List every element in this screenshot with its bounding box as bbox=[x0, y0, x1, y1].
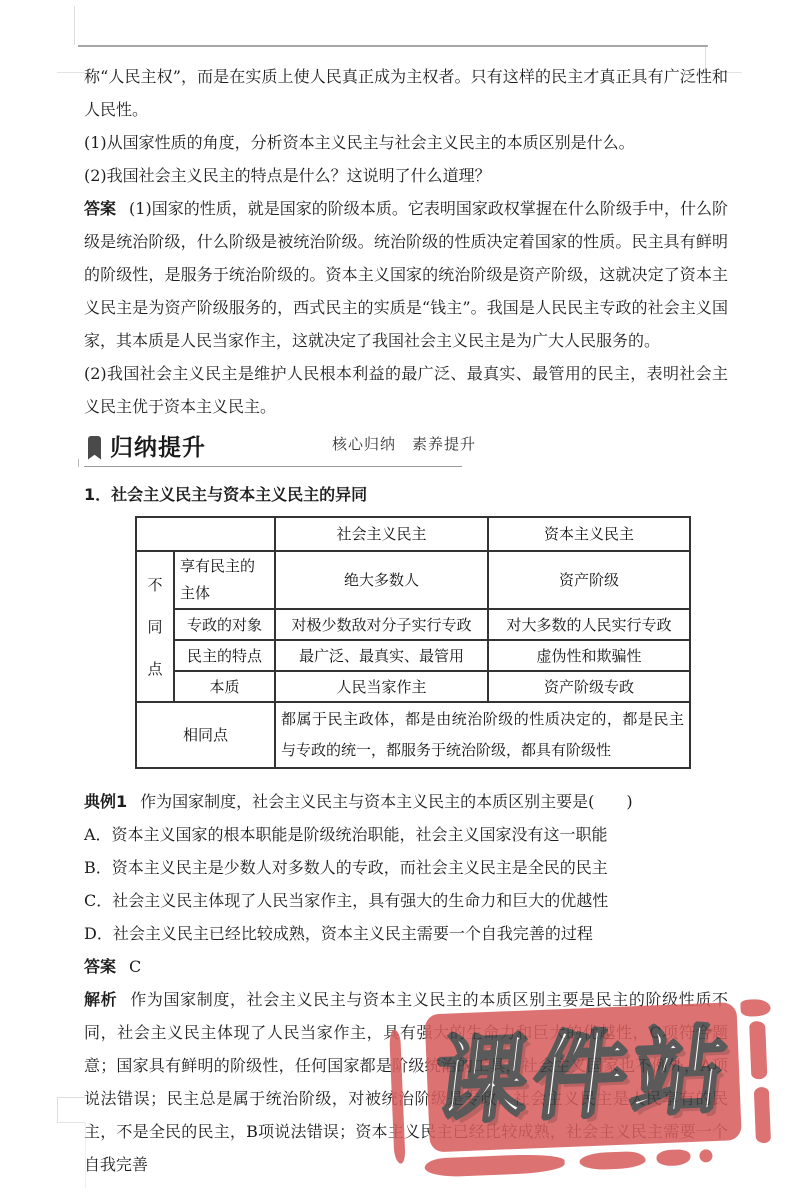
table-cell-socialist: 人民当家作主 bbox=[275, 671, 488, 702]
group-label-same: 相同点 bbox=[136, 702, 275, 768]
answer-line: 答案C bbox=[84, 950, 728, 983]
table-cell-socialist: 绝大多数人 bbox=[275, 551, 488, 609]
answer-paragraph-1: 答案(1)国家的性质，就是国家的阶级本质。它表明国家政权掌握在什么阶级手中，什么… bbox=[84, 192, 728, 357]
page-top-left-corner bbox=[57, 72, 84, 73]
stamp-frame-right bbox=[749, 1021, 767, 1080]
table-row: 不同点 享有民主的主体 绝大多数人 资产阶级 bbox=[136, 551, 690, 609]
bookmark-icon bbox=[88, 436, 101, 460]
table-cell-capitalist: 资产阶级 bbox=[488, 551, 690, 609]
page-break-line bbox=[78, 45, 708, 47]
section-header: 归纳提升 核心归纳 素养提升 bbox=[84, 431, 462, 467]
analysis-text: 作为国家制度，社会主义民主与资本主义民主的本质区别主要是民主的阶级性质不同，社会… bbox=[84, 990, 728, 1174]
table-cell-aspect: 民主的特点 bbox=[174, 640, 275, 671]
question-2: (2)我国社会主义民主的特点是什么？这说明了什么道理？ bbox=[84, 159, 728, 192]
group-label-different: 不同点 bbox=[147, 564, 163, 690]
document-body: 称“人民主权”，而是在实质上使人民真正成为主权者。只有这样的民主才真正具有广泛性… bbox=[84, 60, 728, 1181]
table-group-cell: 不同点 bbox=[136, 551, 174, 702]
option-a: A．资本主义国家的根本职能是阶级统治职能，社会主义国家没有这一职能 bbox=[84, 818, 728, 851]
stamp-frame-right bbox=[754, 1087, 771, 1144]
page-bottom-corner-line bbox=[57, 1097, 58, 1123]
answer-paragraph-2: (2)我国社会主义民主是维护人民根本利益的最广泛、最真实、最管用的民主，表明社会… bbox=[84, 357, 728, 423]
previous-page-left-edge bbox=[74, 6, 75, 45]
stamp-frame-corner bbox=[740, 999, 771, 1017]
table-cell-same-text: 都属于民主政体，都是由统治阶级的性质决定的，都是民主与专政的统一，都服务于统治阶… bbox=[275, 702, 690, 768]
analysis-paragraph: 解析作为国家制度，社会主义民主与资本主义民主的本质区别主要是民主的阶级性质不同，… bbox=[84, 983, 728, 1181]
option-d: D．社会主义民主已经比较成熟，资本主义民主需要一个自我完善的过程 bbox=[84, 917, 728, 950]
table-cell-aspect: 专政的对象 bbox=[174, 609, 275, 640]
table-row: 民主的特点 最广泛、最真实、最管用 虚伪性和欺骗性 bbox=[136, 640, 690, 671]
section-title: 归纳提升 bbox=[110, 437, 206, 460]
table-header-capitalist: 资本主义民主 bbox=[488, 517, 690, 551]
option-c: C．社会主义民主体现了人民当家作主，具有强大的生命力和巨大的优越性 bbox=[84, 884, 728, 917]
table-row-same: 相同点 都属于民主政体，都是由统治阶级的性质决定的，都是民主与专政的统一，都服务… bbox=[136, 702, 690, 768]
section-subtitle: 核心归纳 素养提升 bbox=[332, 428, 476, 461]
page-bottom-corner-line bbox=[57, 1122, 85, 1123]
document-page: { "document": { "intro": "称“人民主权”，而是在实质上… bbox=[0, 0, 800, 1200]
answer-text-part1: (1)国家的性质，就是国家的阶级本质。它表明国家政权掌握在什么阶级手中，什么阶级… bbox=[84, 199, 728, 350]
answer-label: 答案 bbox=[84, 199, 116, 218]
table-cell-capitalist: 虚伪性和欺骗性 bbox=[488, 640, 690, 671]
answer-label: 答案 bbox=[84, 957, 116, 976]
table-cell-aspect: 本质 bbox=[174, 671, 275, 702]
example-label: 典例1 bbox=[84, 792, 127, 811]
table-cell-aspect: 享有民主的主体 bbox=[174, 551, 275, 609]
example-question: 典例1作为国家制度，社会主义民主与资本主义民主的本质区别主要是( ) bbox=[84, 785, 728, 818]
table-header-empty-cell bbox=[136, 517, 275, 551]
intro-paragraph: 称“人民主权”，而是在实质上使人民真正成为主权者。只有这样的民主才真正具有广泛性… bbox=[84, 60, 728, 126]
table-cell-socialist: 最广泛、最真实、最管用 bbox=[275, 640, 488, 671]
answer-choice: C bbox=[129, 957, 141, 976]
example-question-text: 作为国家制度，社会主义民主与资本主义民主的本质区别主要是( ) bbox=[140, 792, 633, 811]
comparison-table: 社会主义民主 资本主义民主 不同点 享有民主的主体 绝大多数人 资产阶级 专政的… bbox=[135, 516, 691, 769]
table-header-socialist: 社会主义民主 bbox=[275, 517, 488, 551]
table-cell-capitalist: 资产阶级专政 bbox=[488, 671, 690, 702]
table-cell-socialist: 对极少数敌对分子实行专政 bbox=[275, 609, 488, 640]
table-cell-capitalist: 对大多数的人民实行专政 bbox=[488, 609, 690, 640]
page-bottom-corner-line bbox=[57, 1097, 85, 1098]
table-row: 本质 人民当家作主 资产阶级专政 bbox=[136, 671, 690, 702]
question-1: (1)从国家性质的角度，分析资本主义民主与社会主义民主的本质区别是什么。 bbox=[84, 126, 728, 159]
point-heading: 1．社会主义民主与资本主义民主的异同 bbox=[84, 478, 728, 511]
option-b: B．资本主义民主是少数人对多数人的专政，而社会主义民主是全民的民主 bbox=[84, 851, 728, 884]
analysis-label: 解析 bbox=[84, 990, 117, 1009]
table-header-row: 社会主义民主 资本主义民主 bbox=[136, 517, 690, 551]
table-row: 专政的对象 对极少数敌对分子实行专政 对大多数的人民实行专政 bbox=[136, 609, 690, 640]
